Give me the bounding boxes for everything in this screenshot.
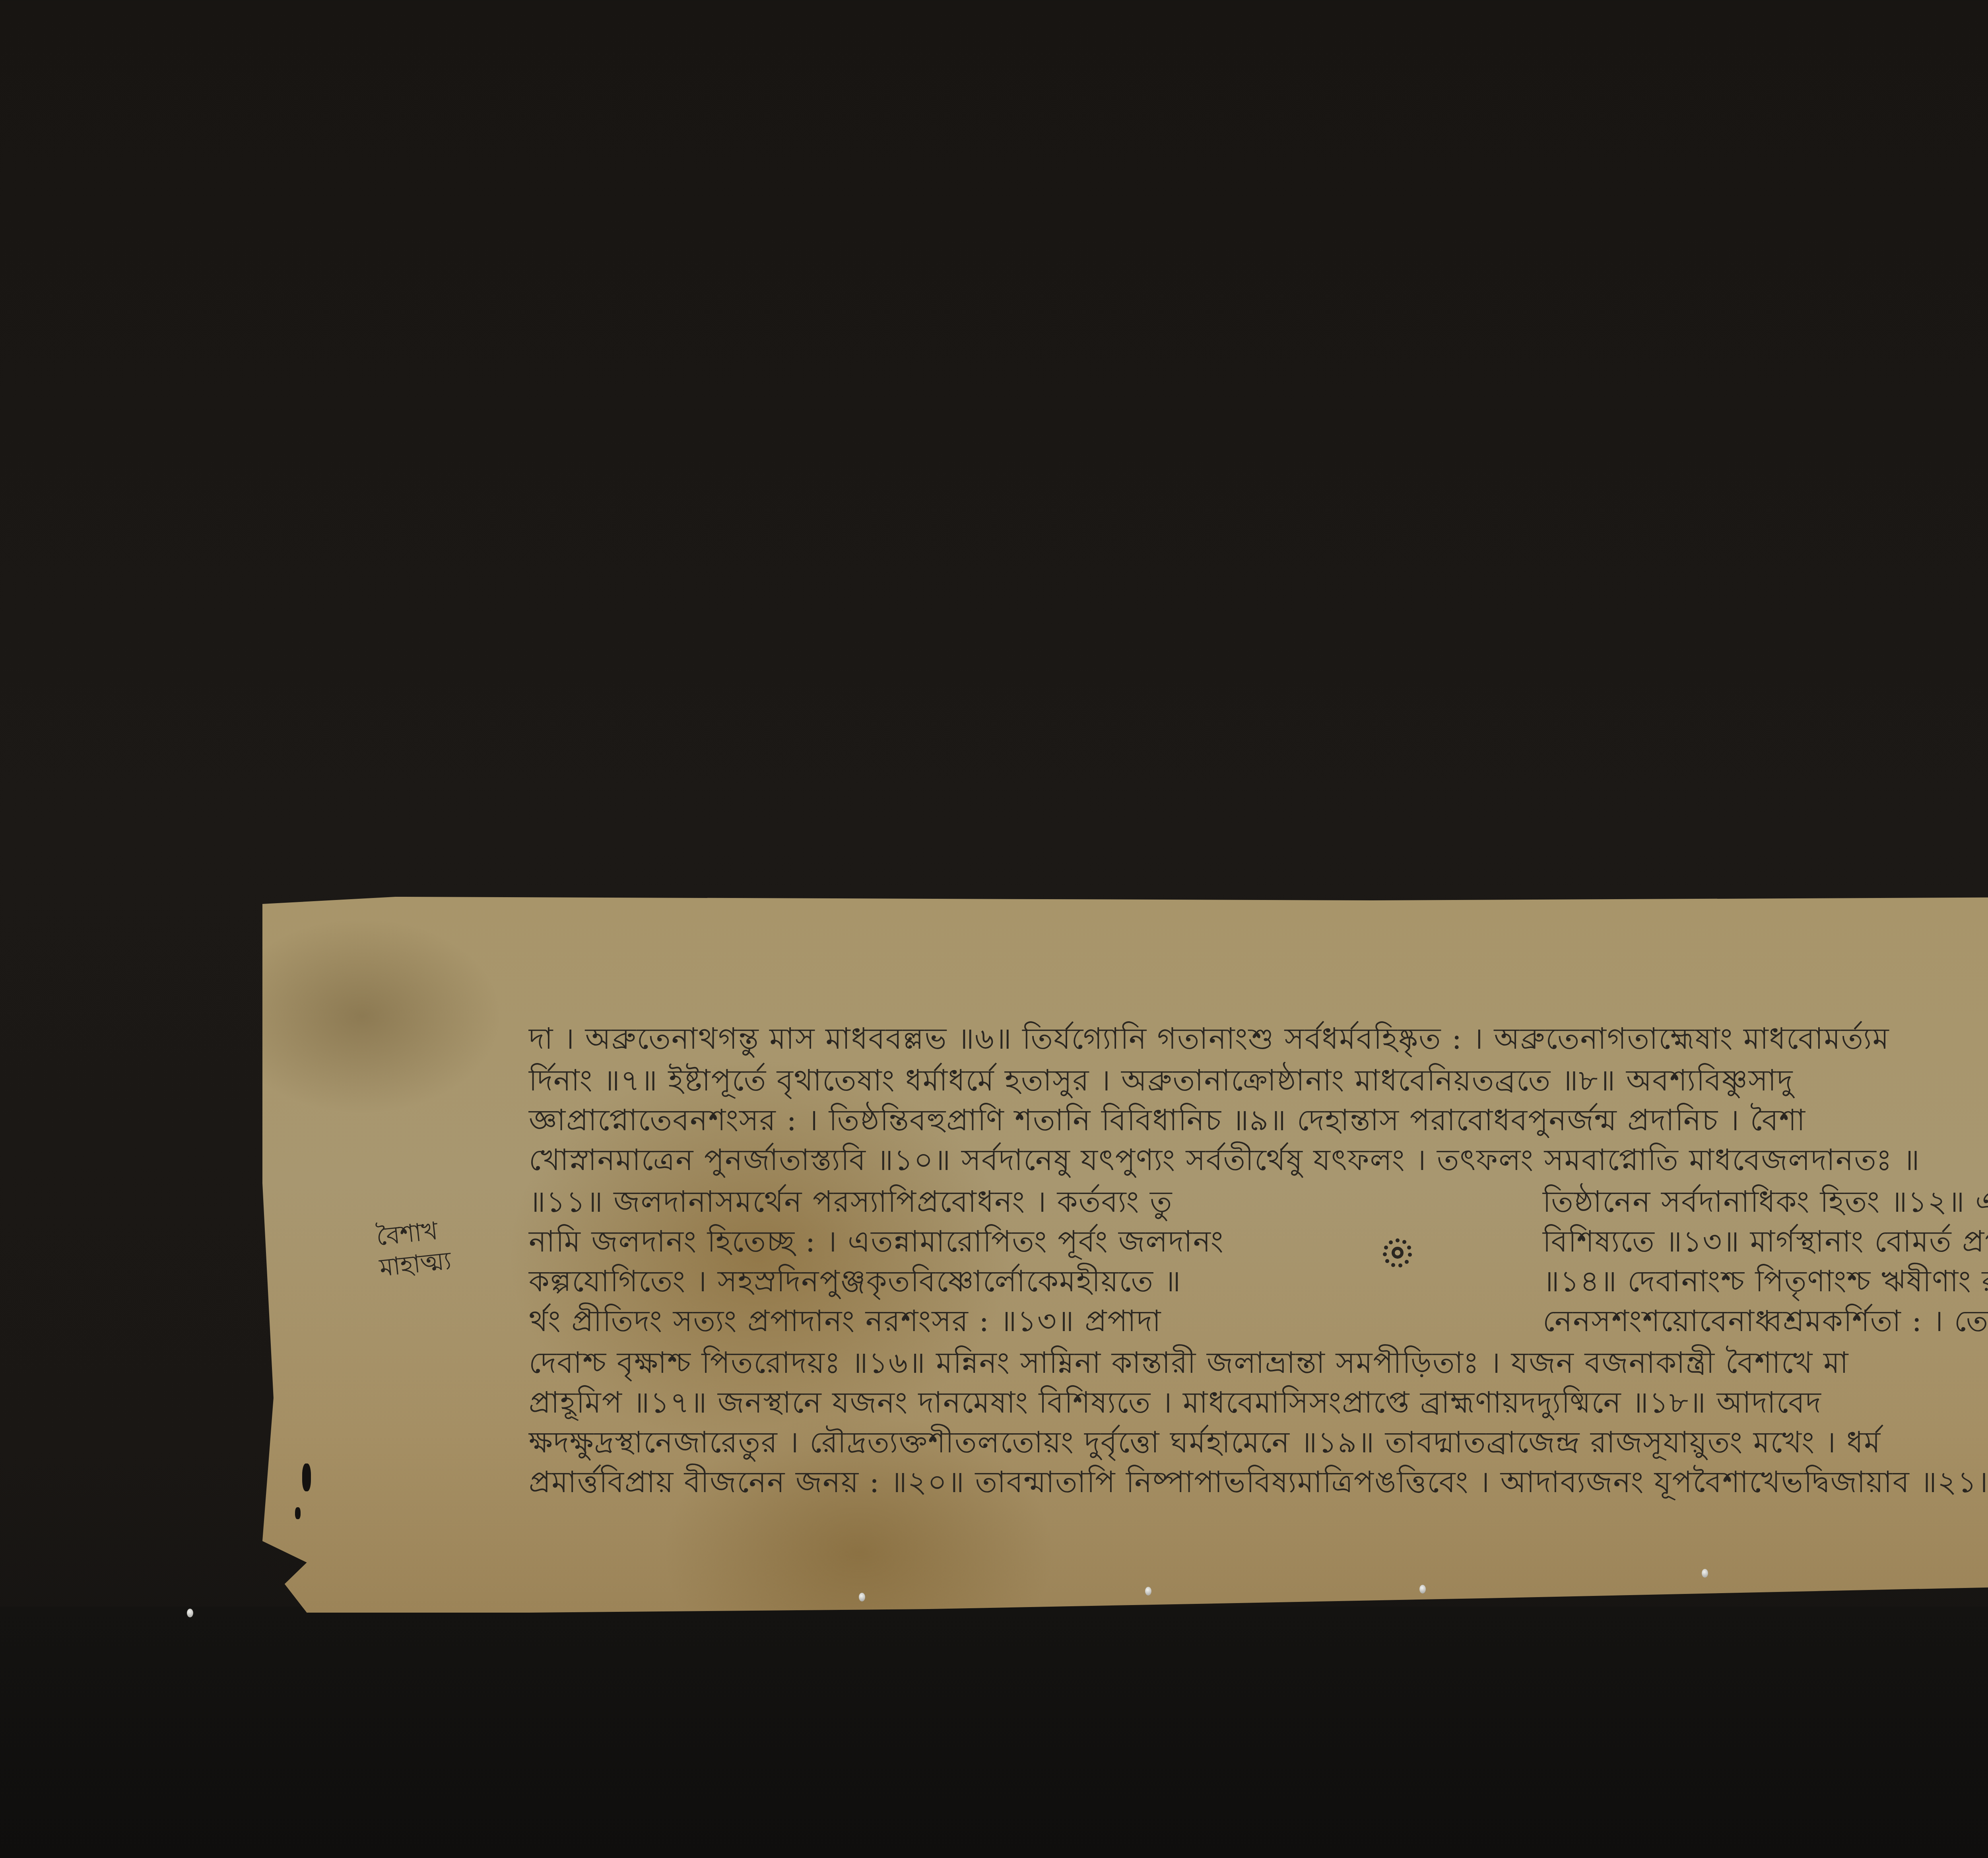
- manuscript-line: খোস্নানমাত্রেন পুনর্জাতাস্ত্যবি ॥১০॥ সর্…: [529, 1145, 1920, 1175]
- manuscript-line: দেবাশ্চ বৃক্ষাশ্চ পিতরোদয়ঃ ॥১৬॥ মন্নিনং…: [529, 1348, 1849, 1378]
- manuscript-line-left-column: ॥১১॥ জলদানাসমর্থেন পরস্যাপিপ্রবোধনং । কর…: [529, 1187, 1173, 1217]
- manuscript-line-right-column: তিষ্ঠানেন সর্বদানাধিকং হিতং ॥১২॥ একতঃ সর…: [1543, 1187, 1988, 1217]
- manuscript-line-left-column: ৰ্থং প্রীতিদং সত্যং প্রপাদানং নরশংসর : ॥…: [529, 1306, 1161, 1336]
- manuscript-line-right-column: ॥১৪॥ দেবানাংশ্চ পিতৃণাংশ্চ ঋষীণাং রাজসত্…: [1543, 1267, 1988, 1296]
- mounting-pin: [859, 1593, 865, 1601]
- manuscript-line: র্দিনাং ॥৭॥ ইষ্টাপূর্তে বৃথাতেষাং ধর্মাধ…: [529, 1066, 1793, 1095]
- manuscript-line: প্রমার্ত্তবিপ্রায় বীজনেন জনয় : ॥২০॥ তা…: [529, 1467, 1988, 1497]
- manuscript-line-right-column: বিশিষ্যতে ॥১৩॥ মার্গস্থানাং বোমর্ত প্রপা…: [1543, 1227, 1988, 1256]
- manuscript-line-left-column: কল্পযোগিতেং । সহস্রদিনপুঞ্জকৃতবিষ্ণোর্লো…: [529, 1267, 1181, 1296]
- rosette-ornament-icon: [1380, 1235, 1415, 1271]
- manuscript-line: দা । অব্রুতেনাথগন্তু মাস মাধববল্লভ ॥৬॥ ত…: [529, 1024, 1890, 1053]
- manuscript-line: জ্ঞাপ্রাপ্নোতেবনশংসর : । তিষ্ঠন্তিবহুপ্র…: [529, 1106, 1806, 1135]
- manuscript-line-left-column: নামি জলদানং হিতেচ্ছ : । এতন্নামারোপিতং প…: [529, 1227, 1224, 1256]
- margin-title: বৈশাখ মাহাত্ম্য: [375, 1213, 468, 1283]
- wormhole: [295, 1507, 301, 1519]
- manuscript-line: প্রাহূমিপ ॥১৭॥ জনস্থানে যজনং দানমেষাং বি…: [529, 1388, 1822, 1417]
- manuscript-line: ক্ষদক্ষুদ্রস্থানেজারেতুর । রৌদ্রত্যক্তশী…: [529, 1428, 1881, 1457]
- manuscript-line-right-column: নেনসশংশয়োবেনাধ্বশ্রমকর্শিতা : । তোষিতাস…: [1543, 1306, 1988, 1336]
- mounting-pin: [1145, 1587, 1151, 1596]
- wormhole: [302, 1463, 311, 1491]
- mounting-pin: [1702, 1569, 1708, 1578]
- display-backdrop: [0, 1607, 1988, 1858]
- mounting-pin: [1419, 1585, 1426, 1594]
- mounting-pin: [187, 1609, 193, 1617]
